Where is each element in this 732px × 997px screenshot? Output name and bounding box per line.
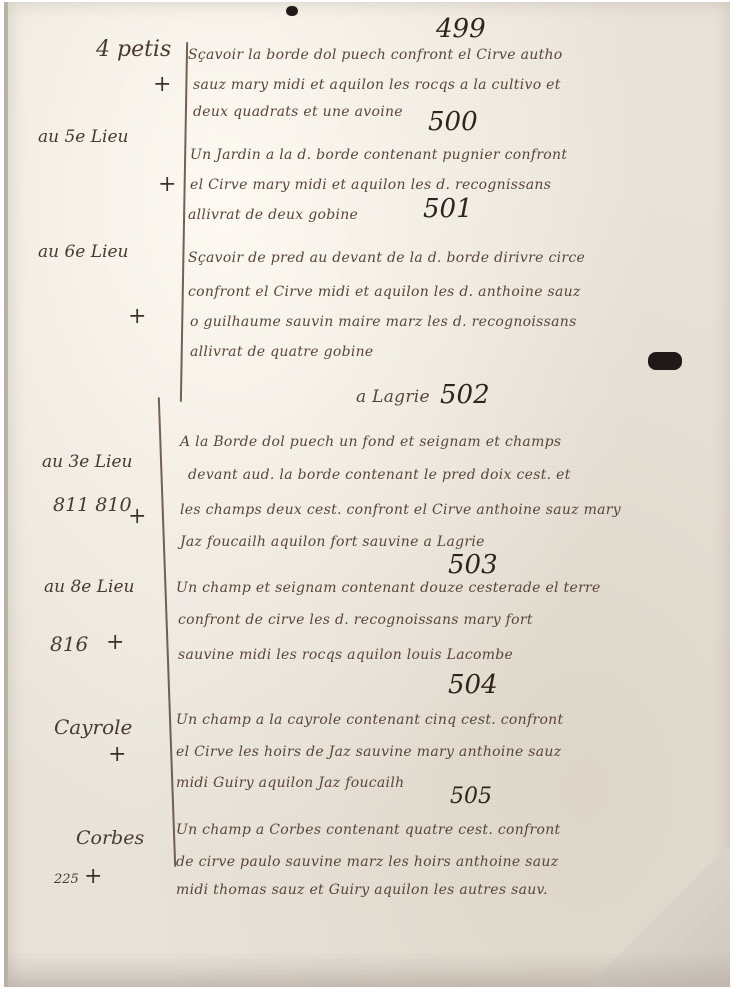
margin-note-816: 816 xyxy=(50,632,88,656)
entry-number-502: 502 xyxy=(440,380,490,410)
margin-note-5e-lieu: au 5e Lieu xyxy=(38,127,129,147)
entry-499-line-1: Sçavoir la borde dol puech confront el C… xyxy=(188,47,563,63)
cross-mark: + xyxy=(128,304,146,329)
margin-note-811-810: 811 810 xyxy=(53,494,132,516)
cross-mark: + xyxy=(158,172,176,197)
entry-number-505: 505 xyxy=(450,784,492,809)
entry-504-line-2: el Cirve les hoirs de Jaz sauvine mary a… xyxy=(176,744,561,760)
entry-502-heading: a Lagrie xyxy=(356,387,430,407)
entry-number-503: 503 xyxy=(448,550,498,580)
entry-499-line-3: deux quadrats et une avoine xyxy=(193,104,403,120)
margin-rule-upper xyxy=(180,42,188,402)
entry-501-line-3: o guilhaume sauvin maire marz les d. rec… xyxy=(190,314,577,330)
entry-500-line-1: Un Jardin a la d. borde contenant pugnie… xyxy=(190,147,567,163)
margin-note-cayrole: Cayrole xyxy=(54,715,132,739)
cross-mark: + xyxy=(128,504,146,529)
entry-503-line-2: confront de cirve les d. recognoissans m… xyxy=(178,612,533,628)
cross-mark: + xyxy=(108,742,126,767)
ink-blot xyxy=(648,352,682,370)
cross-mark: + xyxy=(153,72,171,97)
entry-503-line-1: Un champ et seignam contenant douze cest… xyxy=(176,580,601,596)
entry-501-line-2: confront el Cirve midi et aquilon les d.… xyxy=(188,284,581,300)
manuscript-page: 4 petis + au 5e Lieu + au 6e Lieu + au 3… xyxy=(4,2,730,987)
ink-blot-top xyxy=(286,6,298,16)
entry-505-line-3: midi thomas sauz et Guiry aquilon les au… xyxy=(176,882,548,898)
entry-501-line-1: Sçavoir de pred au devant de la d. borde… xyxy=(188,250,585,266)
entry-number-499: 499 xyxy=(436,14,486,44)
margin-note-3e-lieu: au 3e Lieu xyxy=(42,452,133,472)
margin-note-petis: 4 petis xyxy=(96,37,171,62)
entry-505-line-1: Un champ a Corbes contenant quatre cest.… xyxy=(176,822,560,838)
cross-mark: + xyxy=(84,864,102,889)
entry-500-line-2: el Cirve mary midi et aquilon les d. rec… xyxy=(190,177,551,193)
entry-502-line-1: A la Borde dol puech un fond et seignam … xyxy=(180,434,561,450)
entry-number-500: 500 xyxy=(428,107,478,137)
entry-502-line-3: les champs deux cest. confront el Cirve … xyxy=(180,502,621,518)
entry-504-line-1: Un champ a la cayrole contenant cinq ces… xyxy=(176,712,563,728)
entry-502-line-2: devant aud. la borde contenant le pred d… xyxy=(188,467,571,483)
entry-505-line-2: de cirve paulo sauvine marz les hoirs an… xyxy=(176,854,558,870)
margin-rule-lower xyxy=(158,397,176,867)
margin-note-6e-lieu: au 6e Lieu xyxy=(38,242,129,262)
entry-502-line-4: Jaz foucailh aquilon fort sauvine a Lagr… xyxy=(180,534,485,550)
entry-500-line-3: allivrat de deux gobine xyxy=(188,207,358,223)
entry-499-line-2: sauz mary midi et aquilon les rocqs a la… xyxy=(193,77,561,93)
entry-number-501: 501 xyxy=(423,194,473,224)
torn-page-corner xyxy=(590,847,730,987)
entry-number-504: 504 xyxy=(448,670,498,700)
margin-note-8e-lieu: au 8e Lieu xyxy=(44,577,135,597)
entry-504-line-3: midi Guiry aquilon Jaz foucailh xyxy=(176,775,404,791)
entry-501-line-4: allivrat de quatre gobine xyxy=(190,344,374,360)
entry-503-line-3: sauvine midi les rocqs aquilon louis Lac… xyxy=(178,647,513,663)
margin-note-corbes: Corbes xyxy=(76,827,144,849)
margin-note-225: 225 xyxy=(54,872,79,887)
cross-mark: + xyxy=(106,630,124,655)
